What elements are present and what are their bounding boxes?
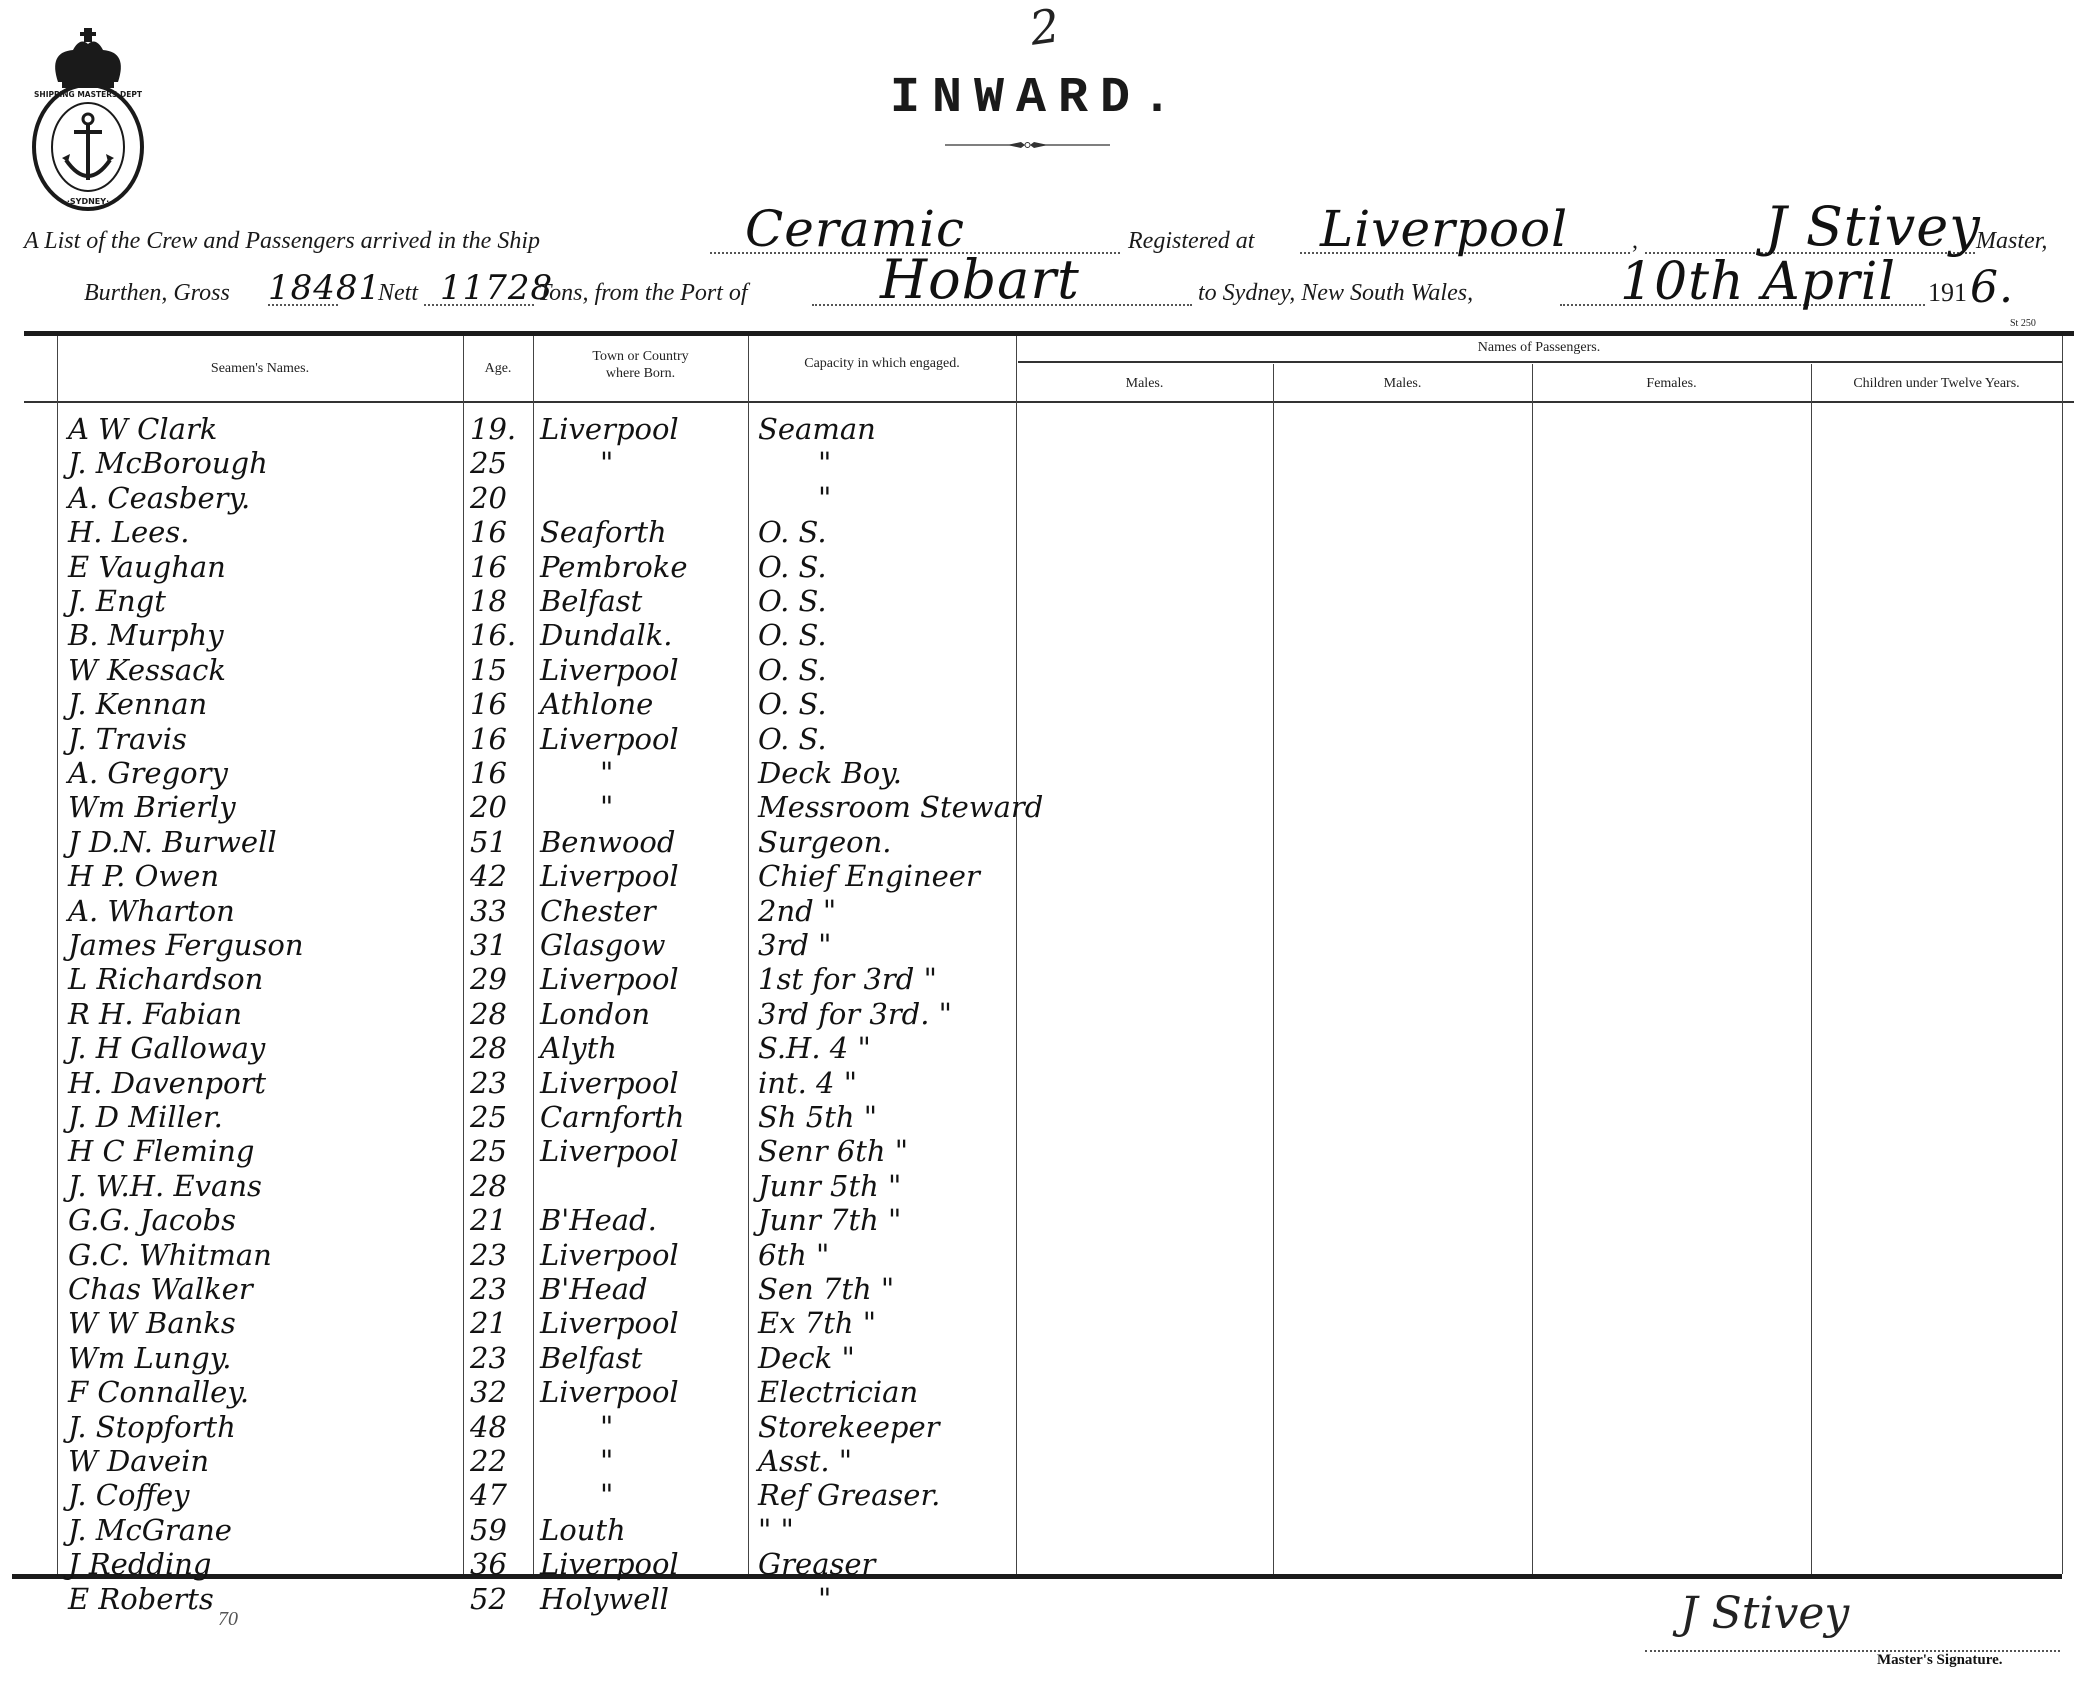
seaman-capacity: " " — [758, 1513, 1018, 1547]
seaman-capacity: Ref Greaser. — [758, 1478, 1018, 1512]
header-town-born-line1: Town or Country — [533, 348, 748, 365]
seaman-capacity: Electrician — [758, 1375, 1018, 1409]
seaman-age: 31 — [470, 928, 530, 962]
seaman-birthplace: Glasgow — [540, 928, 745, 962]
seaman-name: H P. Owen — [68, 859, 458, 893]
to-sydney-label: to Sydney, New South Wales, — [1198, 280, 1473, 307]
seaman-age: 29 — [470, 962, 530, 996]
list-intro-label: A List of the Crew and Passengers arrive… — [24, 228, 540, 255]
seaman-birthplace: Belfast — [540, 584, 745, 618]
seaman-capacity: " — [758, 446, 1078, 480]
seaman-birthplace: Benwood — [540, 825, 745, 859]
seaman-age: 16. — [470, 618, 530, 652]
seaman-birthplace: Holywell — [540, 1582, 745, 1616]
seaman-capacity: 3rd " — [758, 928, 1018, 962]
seaman-name: L Richardson — [68, 962, 458, 996]
seaman-birthplace: Alyth — [540, 1031, 745, 1065]
seaman-name: Wm Brierly — [68, 790, 458, 824]
header-town-born: Town or Country where Born. — [533, 348, 748, 382]
seaman-age: 18 — [470, 584, 530, 618]
header-names-of-passengers: Names of Passengers. — [1016, 339, 2062, 356]
column-divider — [2062, 336, 2063, 1574]
seaman-name: Chas Walker — [68, 1272, 458, 1306]
column-divider — [463, 336, 464, 1574]
master-label: Master, — [1976, 228, 2047, 255]
seaman-age: 16 — [470, 687, 530, 721]
seaman-capacity: O. S. — [758, 550, 1018, 584]
margin-note: 70 — [218, 1608, 238, 1631]
seaman-birthplace: Liverpool — [540, 859, 745, 893]
seaman-name: J. Stopforth — [68, 1410, 458, 1444]
seaman-capacity: Surgeon. — [758, 825, 1018, 859]
seaman-name: W W Banks — [68, 1306, 458, 1340]
seaman-age: 21 — [470, 1306, 530, 1340]
seaman-capacity: 1st for 3rd " — [758, 962, 1018, 996]
header-town-born-line2: where Born. — [533, 365, 748, 382]
seaman-age: 47 — [470, 1478, 530, 1512]
title-ornament-divider — [945, 140, 1110, 150]
seaman-name: B. Murphy — [68, 618, 458, 652]
header-males-2: Males. — [1273, 375, 1532, 392]
seaman-name: J Redding — [68, 1547, 458, 1581]
seaman-age: 16 — [470, 550, 530, 584]
seaman-birthplace: Liverpool — [540, 1238, 745, 1272]
seaman-age: 52 — [470, 1582, 530, 1616]
tons-from-port-label: Tons, from the Port of — [538, 280, 748, 307]
page-title: INWARD. — [0, 70, 2074, 127]
seaman-capacity: Senr 6th " — [758, 1134, 1018, 1168]
seaman-capacity: Chief Engineer — [758, 859, 1018, 893]
seaman-age: 16 — [470, 756, 530, 790]
seaman-birthplace: B'Head. — [540, 1203, 745, 1237]
seaman-age: 51 — [470, 825, 530, 859]
arrival-date-field: 10th April — [1620, 252, 1896, 312]
seaman-age: 28 — [470, 997, 530, 1031]
master-signature-label: Master's Signature. — [1877, 1652, 2003, 1669]
seaman-capacity: O. S. — [758, 722, 1018, 756]
seaman-capacity: S.H. 4 " — [758, 1031, 1018, 1065]
seaman-age: 16 — [470, 515, 530, 549]
seaman-age: 16 — [470, 722, 530, 756]
seaman-age: 23 — [470, 1238, 530, 1272]
seaman-name: J. Travis — [68, 722, 458, 756]
master-name-field: J Stivey — [1765, 195, 1981, 258]
seaman-birthplace: Liverpool — [540, 1306, 745, 1340]
seaman-capacity: 2nd " — [758, 894, 1018, 928]
seaman-name: A. Wharton — [68, 894, 458, 928]
seaman-name: H. Lees. — [68, 515, 458, 549]
seaman-birthplace: Chester — [540, 894, 745, 928]
seaman-capacity: Storekeeper — [758, 1410, 1018, 1444]
seaman-name: H C Fleming — [68, 1134, 458, 1168]
seaman-name: James Ferguson — [68, 928, 458, 962]
seaman-age: 28 — [470, 1031, 530, 1065]
header-seamens-names: Seamen's Names. — [57, 360, 463, 377]
seaman-name: W Kessack — [68, 653, 458, 687]
seaman-birthplace: Liverpool — [540, 722, 745, 756]
comma-separator: , — [1632, 228, 1638, 255]
seaman-name: G.G. Jacobs — [68, 1203, 458, 1237]
seaman-capacity: Greaser — [758, 1547, 1018, 1581]
burthen-gross-label: Burthen, Gross — [84, 280, 230, 307]
seaman-name: J. H Galloway — [68, 1031, 458, 1065]
seaman-capacity: O. S. — [758, 618, 1018, 652]
seaman-name: J. Engt — [68, 584, 458, 618]
registered-at-label: Registered at — [1128, 228, 1254, 255]
seaman-birthplace: Seaforth — [540, 515, 745, 549]
seaman-age: 23 — [470, 1272, 530, 1306]
seaman-age: 23 — [470, 1066, 530, 1100]
seaman-name: J. McBorough — [68, 446, 458, 480]
seaman-birthplace: Pembroke — [540, 550, 745, 584]
seaman-age: 33 — [470, 894, 530, 928]
header-males-1: Males. — [1016, 375, 1273, 392]
column-divider — [748, 336, 749, 1574]
seaman-birthplace: Belfast — [540, 1341, 745, 1375]
column-divider — [57, 336, 58, 1574]
seaman-age: 25 — [470, 1134, 530, 1168]
seaman-capacity: Sen 7th " — [758, 1272, 1018, 1306]
seaman-name: W Davein — [68, 1444, 458, 1478]
seaman-capacity: Deck " — [758, 1341, 1018, 1375]
header-capacity: Capacity in which engaged. — [748, 355, 1016, 372]
seaman-birthplace: Liverpool — [540, 653, 745, 687]
seaman-birthplace: B'Head — [540, 1272, 745, 1306]
seaman-capacity: O. S. — [758, 584, 1018, 618]
seaman-capacity: Sh 5th " — [758, 1100, 1018, 1134]
seaman-age: 21 — [470, 1203, 530, 1237]
seaman-birthplace: Liverpool — [540, 962, 745, 996]
seaman-name: Wm Lungy. — [68, 1341, 458, 1375]
seaman-birthplace: Liverpool — [540, 412, 745, 446]
seaman-capacity: int. 4 " — [758, 1066, 1018, 1100]
master-signature: J Stivey — [1680, 1588, 1849, 1639]
seaman-capacity: Ex 7th " — [758, 1306, 1018, 1340]
seaman-name: A. Ceasbery. — [68, 481, 458, 515]
seaman-birthplace: Athlone — [540, 687, 745, 721]
seaman-name: E Vaughan — [68, 550, 458, 584]
header-children: Children under Twelve Years. — [1811, 375, 2062, 392]
seaman-capacity: Junr 5th " — [758, 1169, 1018, 1203]
header-females: Females. — [1532, 375, 1811, 392]
seaman-age: 28 — [470, 1169, 530, 1203]
seaman-birthplace: Liverpool — [540, 1375, 745, 1409]
from-port-field: Hobart — [880, 248, 1080, 311]
seaman-name: H. Davenport — [68, 1066, 458, 1100]
seaman-capacity: Deck Boy. — [758, 756, 1018, 790]
seaman-age: 42 — [470, 859, 530, 893]
gross-tons-field: 18481 — [268, 268, 381, 308]
seaman-age: 32 — [470, 1375, 530, 1409]
seaman-name: A. Gregory — [68, 756, 458, 790]
seaman-name: F Connalley. — [68, 1375, 458, 1409]
header-age: Age. — [463, 360, 533, 377]
seaman-capacity: Asst. " — [758, 1444, 1018, 1478]
seaman-age: 25 — [470, 446, 530, 480]
year-prefix: 191 — [1928, 278, 1967, 308]
year-suffix-field: 6. — [1970, 262, 2014, 313]
seaman-age: 20 — [470, 790, 530, 824]
seaman-birthplace: Liverpool — [540, 1134, 745, 1168]
seaman-age: 25 — [470, 1100, 530, 1134]
seaman-name: J. D Miller. — [68, 1100, 458, 1134]
seaman-capacity: Seaman — [758, 412, 1018, 446]
form-code: St 250 — [2010, 318, 2036, 329]
seaman-name: J D.N. Burwell — [68, 825, 458, 859]
seaman-capacity: O. S. — [758, 687, 1018, 721]
seaman-age: 19. — [470, 412, 530, 446]
seaman-birthplace: London — [540, 997, 745, 1031]
seaman-birthplace: Carnforth — [540, 1100, 745, 1134]
passengers-subheader-rule — [1018, 361, 2062, 363]
seaman-age: 36 — [470, 1547, 530, 1581]
seaman-birthplace: Liverpool — [540, 1066, 745, 1100]
seaman-name: G.C. Whitman — [68, 1238, 458, 1272]
seaman-age: 22 — [470, 1444, 530, 1478]
seaman-capacity: 6th " — [758, 1238, 1018, 1272]
seaman-name: A W Clark — [68, 412, 458, 446]
column-divider — [1273, 364, 1274, 1574]
seaman-name: E Roberts — [68, 1582, 458, 1616]
seaman-birthplace: Louth — [540, 1513, 745, 1547]
seaman-capacity: O. S. — [758, 653, 1018, 687]
seaman-age: 59 — [470, 1513, 530, 1547]
nett-label: Nett — [378, 280, 418, 307]
registered-port-field: Liverpool — [1320, 200, 1568, 258]
page-number-mark: 2 — [1026, 0, 1063, 56]
seaman-name: R H. Fabian — [68, 997, 458, 1031]
seaman-age: 20 — [470, 481, 530, 515]
column-divider — [1532, 364, 1533, 1574]
seaman-capacity: " — [758, 1582, 1078, 1616]
column-divider — [533, 336, 534, 1574]
seaman-capacity: " — [758, 481, 1078, 515]
seaman-birthplace: Dundalk. — [540, 618, 745, 652]
seaman-age: 23 — [470, 1341, 530, 1375]
column-divider — [1811, 364, 1812, 1574]
seaman-age: 15 — [470, 653, 530, 687]
seaman-name: J. Coffey — [68, 1478, 458, 1512]
seaman-name: J. McGrane — [68, 1513, 458, 1547]
svg-text:·SYDNEY·: ·SYDNEY· — [67, 197, 109, 206]
table-top-rule — [24, 331, 2074, 336]
nett-tons-field: 11728 — [440, 268, 553, 308]
table-header-bottom-rule — [24, 401, 2074, 403]
seaman-birthplace: Liverpool — [540, 1547, 745, 1581]
seaman-age: 48 — [470, 1410, 530, 1444]
seaman-name: J. W.H. Evans — [68, 1169, 458, 1203]
seaman-capacity: O. S. — [758, 515, 1018, 549]
seaman-capacity: 3rd for 3rd. " — [758, 997, 1018, 1031]
seaman-capacity: Junr 7th " — [758, 1203, 1018, 1237]
seaman-capacity: Messroom Steward — [758, 790, 1018, 824]
seaman-name: J. Kennan — [68, 687, 458, 721]
